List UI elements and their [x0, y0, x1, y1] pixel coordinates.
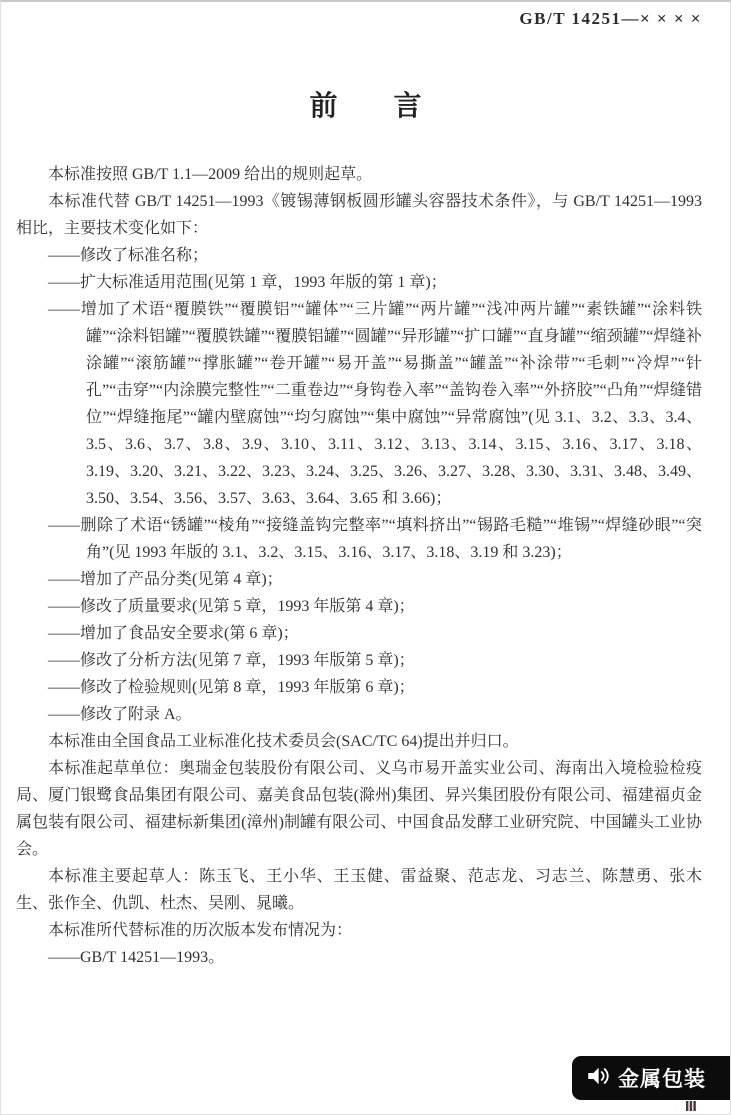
paragraph-drafting-rule: 本标准按照 GB/T 1.1—2009 给出的规则起草。 [16, 161, 702, 188]
change-item-scope: ——扩大标准适用范围(见第 1 章，1993 年版的第 1 章)； [16, 269, 702, 296]
standard-number: GB/T 14251—× × × × [519, 9, 702, 29]
paragraph-drafting-units: 本标准起草单位：奥瑞金包装股份有限公司、义乌市易开盖实业公司、海南出入境检验检疫… [16, 755, 702, 863]
watermark-logo-text: 金属包装 [618, 1063, 706, 1093]
speaker-icon [585, 1063, 611, 1094]
paragraph-drafters: 本标准主要起草人：陈玉飞、王小华、王玉健、雷益聚、范志龙、习志兰、陈慧勇、张木生… [16, 863, 702, 917]
change-item-deleted-terms: ——删除了术语“锈罐”“棱角”“接缝盖钩完整率”“填料挤出”“锡路毛糙”“堆锡”… [16, 512, 702, 566]
change-item-classification: ——增加了产品分类(见第 4 章)； [16, 566, 702, 593]
change-item-analysis: ——修改了分析方法(见第 7 章，1993 年版第 5 章)； [16, 647, 702, 674]
paragraph-previous-editions: 本标准所代替标准的历次版本发布情况为： [16, 917, 702, 944]
watermark-bar: 金属包装 [572, 1056, 730, 1100]
paragraph-replaces: 本标准代替 GB/T 14251—1993《镀锡薄钢板圆形罐头容器技术条件》，与… [16, 188, 702, 242]
paragraph-committee: 本标准由全国食品工业标准化技术委员会(SAC/TC 64)提出并归口。 [16, 728, 702, 755]
page-title: 前 言 [1, 84, 730, 124]
page-number: Ⅲ [685, 1100, 697, 1115]
change-item-inspection: ——修改了检验规则(见第 8 章，1993 年版第 6 章)； [16, 674, 702, 701]
document-body: 本标准按照 GB/T 1.1—2009 给出的规则起草。 本标准代替 GB/T … [16, 161, 702, 971]
change-item-quality: ——修改了质量要求(见第 5 章，1993 年版第 4 章)； [16, 593, 702, 620]
change-item-appendix: ——修改了附录 A。 [16, 701, 702, 728]
change-item-added-terms: ——增加了术语“覆膜铁”“覆膜铝”“罐体”“三片罐”“两片罐”“浅冲两片罐”“素… [16, 296, 702, 512]
change-item-food-safety: ——增加了食品安全要求(第 6 章)； [16, 620, 702, 647]
previous-edition-item: ——GB/T 14251—1993。 [16, 944, 702, 971]
change-item-name: ——修改了标准名称； [16, 242, 702, 269]
document-page: GB/T 14251—× × × × 前 言 本标准按照 GB/T 1.1—20… [0, 0, 731, 1115]
